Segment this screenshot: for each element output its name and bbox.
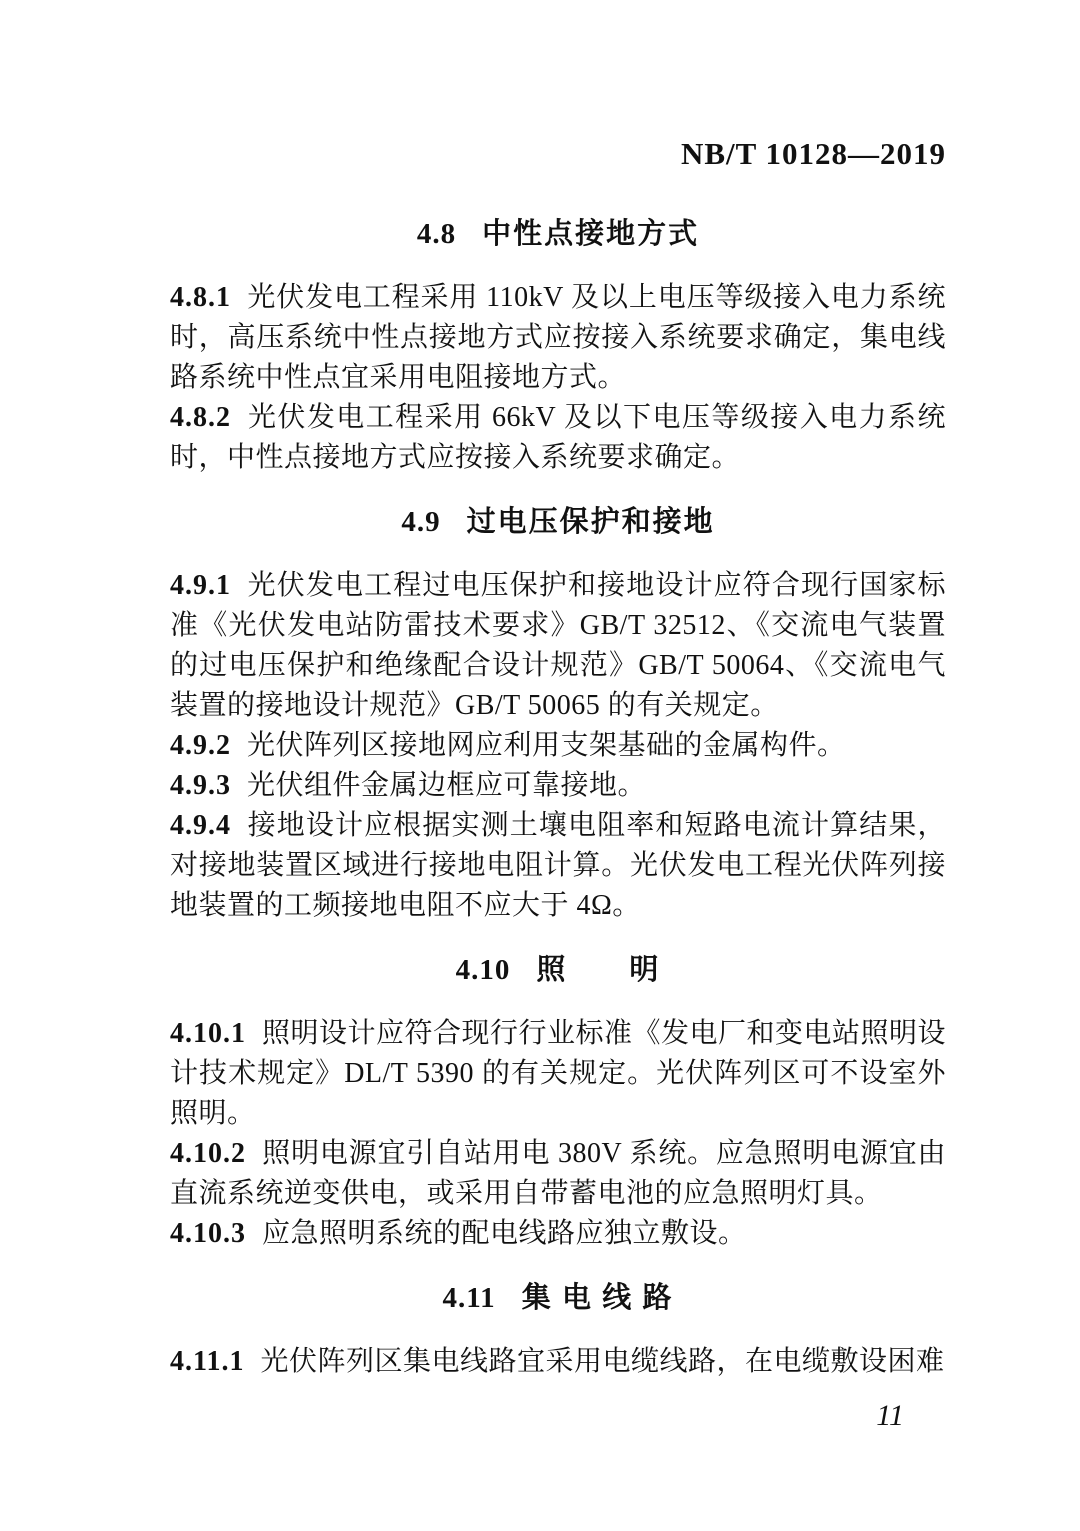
section-title: 照 明 (536, 954, 660, 986)
clause-text: 光伏阵列区集电线路宜采用电缆线路，在电缆敷设困难 (260, 1346, 944, 1377)
clause-4-9-3: 4.9.3光伏组件金属边框应可靠接地。 (170, 766, 946, 806)
section-number: 4.11 (443, 1282, 496, 1314)
section-number: 4.8 (417, 218, 456, 250)
clause-text: 接地设计应根据实测土壤电阻率和短路电流计算结果，对接地装置区域进行接地电阻计算。… (170, 810, 946, 921)
clause-4-9-1: 4.9.1光伏发电工程过电压保护和接地设计应符合现行国家标准《光伏发电站防雷技术… (170, 566, 946, 726)
standard-number-header: NB/T 10128—2019 (170, 136, 946, 172)
clause-4-8-1: 4.8.1光伏发电工程采用 110kV 及以上电压等级接入电力系统时，高压系统中… (170, 278, 946, 398)
page-number: 11 (170, 1398, 946, 1434)
clause-4-9-2: 4.9.2光伏阵列区接地网应利用支架基础的金属构件。 (170, 726, 946, 766)
section-heading-4-10: 4.10照 明 (170, 950, 946, 990)
clause-4-10-2: 4.10.2照明电源宜引自站用电 380V 系统。应急照明电源宜由直流系统逆变供… (170, 1134, 946, 1214)
clause-number: 4.9.4 (170, 810, 231, 841)
clause-number: 4.9.1 (170, 570, 231, 601)
section-number: 4.9 (401, 506, 440, 538)
clause-number: 4.8.1 (170, 282, 231, 313)
section-heading-4-11: 4.11集 电 线 路 (170, 1278, 946, 1318)
clause-text: 应急照明系统的配电线路应独立敷设。 (262, 1218, 747, 1249)
clause-number: 4.11.1 (170, 1346, 244, 1377)
clause-4-8-2: 4.8.2光伏发电工程采用 66kV 及以下电压等级接入电力系统时，中性点接地方… (170, 398, 946, 478)
section-title: 集 电 线 路 (522, 1282, 674, 1314)
clause-text: 照明电源宜引自站用电 380V 系统。应急照明电源宜由直流系统逆变供电，或采用自… (170, 1138, 946, 1209)
section-title: 过电压保护和接地 (467, 506, 715, 538)
section-number: 4.10 (456, 954, 511, 986)
clause-text: 光伏发电工程采用 110kV 及以上电压等级接入电力系统时，高压系统中性点接地方… (170, 282, 946, 393)
clause-number: 4.10.2 (170, 1138, 246, 1169)
clause-text: 照明设计应符合现行行业标准《发电厂和变电站照明设计技术规定》DL/T 5390 … (170, 1018, 946, 1129)
section-heading-4-8: 4.8中性点接地方式 (170, 214, 946, 254)
clause-number: 4.10.1 (170, 1018, 246, 1049)
clause-4-11-1: 4.11.1光伏阵列区集电线路宜采用电缆线路，在电缆敷设困难 (170, 1342, 946, 1382)
clause-4-10-3: 4.10.3应急照明系统的配电线路应独立敷设。 (170, 1214, 946, 1254)
section-heading-4-9: 4.9过电压保护和接地 (170, 502, 946, 542)
clause-4-9-4: 4.9.4接地设计应根据实测土壤电阻率和短路电流计算结果，对接地装置区域进行接地… (170, 806, 946, 926)
clause-number: 4.10.3 (170, 1218, 246, 1249)
clause-4-10-1: 4.10.1照明设计应符合现行行业标准《发电厂和变电站照明设计技术规定》DL/T… (170, 1014, 946, 1134)
page-content: NB/T 10128—2019 4.8中性点接地方式 4.8.1光伏发电工程采用… (170, 0, 946, 1434)
clause-text: 光伏阵列区接地网应利用支架基础的金属构件。 (247, 730, 846, 761)
clause-text: 光伏组件金属边框应可靠接地。 (247, 770, 646, 801)
clause-number: 4.8.2 (170, 402, 231, 433)
clause-number: 4.9.2 (170, 730, 231, 761)
clause-text: 光伏发电工程采用 66kV 及以下电压等级接入电力系统时，中性点接地方式应按接入… (170, 402, 946, 473)
section-title: 中性点接地方式 (482, 218, 699, 250)
clause-text: 光伏发电工程过电压保护和接地设计应符合现行国家标准《光伏发电站防雷技术要求》GB… (170, 570, 946, 721)
document-page: NB/T 10128—2019 4.8中性点接地方式 4.8.1光伏发电工程采用… (0, 0, 1080, 1531)
clause-number: 4.9.3 (170, 770, 231, 801)
